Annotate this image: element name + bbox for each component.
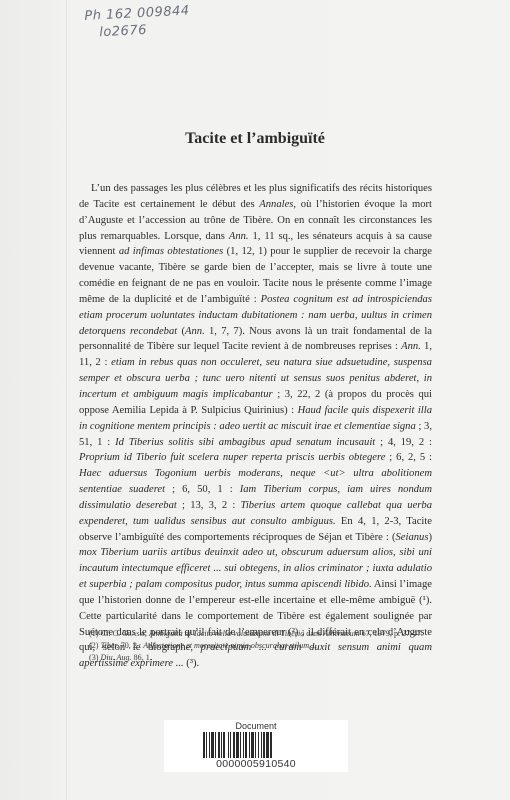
footnote-text-run: (1) Cf. C. <box>89 629 122 638</box>
footnote-text-run: dans <box>304 629 323 638</box>
footnote-text-run: Athenaeum <box>323 629 359 638</box>
barcode-icon <box>203 732 309 758</box>
footnote-text-run: (2) <box>89 641 100 650</box>
barcode-sticker: Document 0000005910540 <box>164 720 348 772</box>
latin-quotation: Ann. <box>401 341 421 352</box>
footnote-text-run: Grassi <box>122 629 145 638</box>
footnote-text-run: Ambiguità di Tacito nella valutazione di… <box>149 629 304 638</box>
latin-quotation: Id Tiberius solitis sibi ambagibus apud … <box>115 437 375 448</box>
footnote-3: (3) Diu. Aug. 86, 1. <box>79 652 432 664</box>
footnote-text-run: (3) <box>89 653 100 662</box>
latin-quotation: Seianus <box>396 532 429 543</box>
body-text-run: ( <box>177 326 185 337</box>
barcode-bar <box>272 732 273 758</box>
footnote-2: (2) Tiber. 70, 2 : Adfectatione et moros… <box>79 640 432 652</box>
latin-quotation: ad infimas obtestationes <box>119 246 223 257</box>
footnote-text-run: 70, 2 : <box>119 641 144 650</box>
footnote-text-run: Diu. Aug. <box>100 653 131 662</box>
footnote-text-run: 67, 1979, p. 27-47. <box>360 629 423 638</box>
body-text-run: ; 6, 50, 1 : <box>165 484 240 495</box>
barcode-title: Document <box>164 721 348 731</box>
body-text-run: ; 13, 3, 2 : <box>177 500 241 511</box>
article-title: Tacite et l’ambiguïté <box>0 130 510 148</box>
footnotes: (1) Cf. C. Grassi, Ambiguità di Tacito n… <box>79 628 432 665</box>
body-text-run: ; 4, 19, 2 : <box>375 437 432 448</box>
latin-quotation: Proprium id Tiberio fuit scelera nuper r… <box>79 452 385 463</box>
page-fold-shadow <box>66 0 67 800</box>
footnote-text-run: 86, 1. <box>132 653 152 662</box>
body-text-run: ; 6, 2, 5 : <box>385 452 432 463</box>
latin-quotation: Ann. <box>185 326 205 337</box>
body-text-run: ) <box>428 532 432 543</box>
body-paragraph: L’un des passages les plus célèbres et l… <box>79 181 432 672</box>
footnote-text-run: Adfectatione et morositate nimia obscura… <box>143 641 317 650</box>
article-body: L’un des passages les plus célèbres et l… <box>79 181 432 672</box>
scanned-page: Ph 162 009844 lo2676 Tacite et l’ambiguï… <box>0 0 510 800</box>
footnote-1: (1) Cf. C. Grassi, Ambiguità di Tacito n… <box>79 628 432 640</box>
barcode-number: 0000005910540 <box>164 758 348 770</box>
latin-quotation: Annales <box>259 199 293 210</box>
footnote-text-run: Tiber. <box>100 641 118 650</box>
latin-quotation: Ann. <box>229 231 249 242</box>
handwritten-shelfmark: Ph 162 009844 lo2676 <box>84 2 191 41</box>
